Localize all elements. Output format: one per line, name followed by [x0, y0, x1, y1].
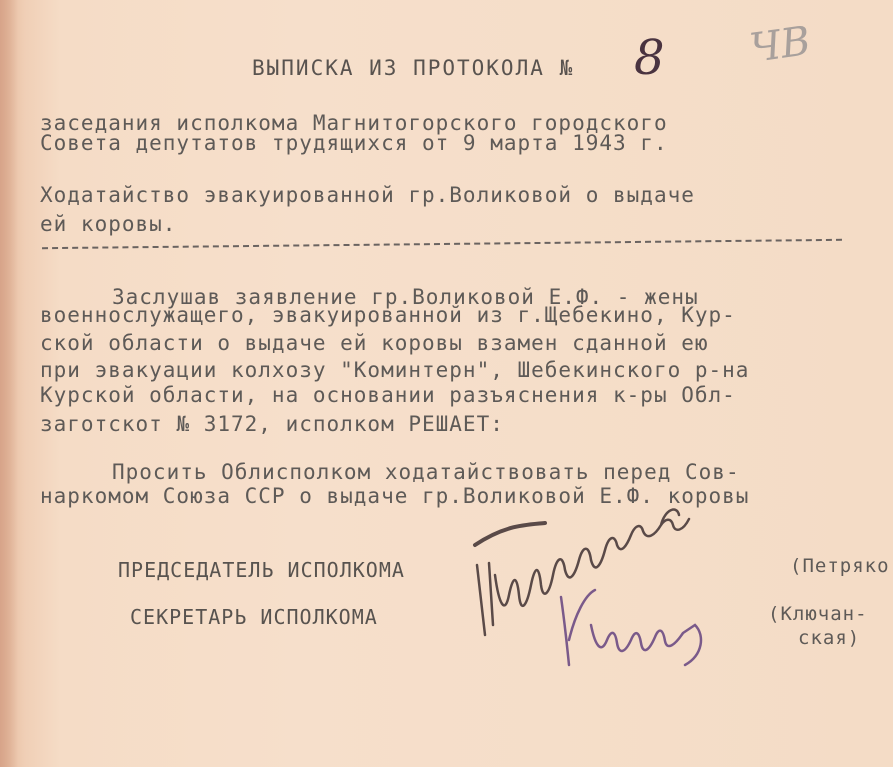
secretary-title: СЕКРЕТАРЬ ИСПОЛКОМА [130, 605, 378, 629]
chairman-name: (Петряко [790, 555, 890, 577]
pencil-annotation: ЧВ [747, 18, 813, 72]
body-line-4: при эвакуации колхозу "Коминтерн", Шебек… [40, 358, 749, 382]
subject-line-1: Ходатайство эвакуированной гр.Воликовой … [40, 183, 695, 207]
body-line-6: заготскот № 3172, исполком РЕШАЕТ: [40, 412, 504, 436]
body-line-2: военнослужащего, эвакуированной из г.Щеб… [40, 303, 736, 327]
body-line-5: Курской области, на основании разъяснени… [40, 383, 736, 407]
document-heading: ВЫПИСКА ИЗ ПРОТОКОЛА № [252, 56, 574, 80]
secretary-name-line-1: (Ключан- [768, 603, 868, 625]
chairman-title: ПРЕДСЕДАТЕЛЬ ИСПОЛКОМА [118, 558, 405, 582]
subtitle-line-2: Совета депутатов трудящихся от 9 марта 1… [40, 131, 668, 155]
secretary-signature-icon [555, 585, 725, 675]
page-edge-shadow [0, 0, 18, 767]
secretary-name-line-2: ская) [798, 627, 860, 649]
body-line-3: ской области о выдаче ей коровы взамен с… [40, 331, 709, 355]
dashed-divider [42, 239, 842, 249]
protocol-number-handwritten: 8 [634, 30, 665, 86]
resolution-line-1: Просить Облисполком ходатайствовать пере… [112, 460, 740, 484]
subject-line-2: ей коровы. [40, 212, 176, 236]
